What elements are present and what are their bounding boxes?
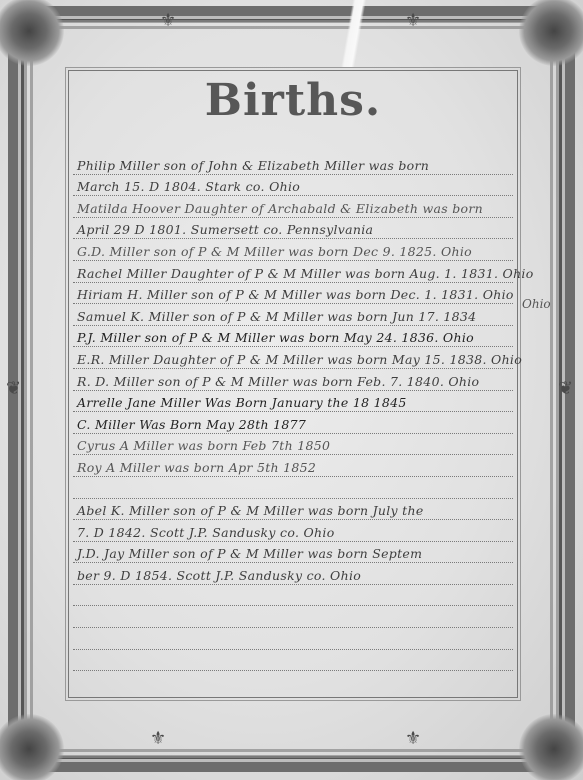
entry-text: April 29 D 1801. Sumersett co. Pennsylva… — [77, 222, 373, 237]
register-line: R. D. Miller son of P & M Miller was bor… — [73, 369, 513, 391]
register-line: Abel K. Miller son of P & M Miller was b… — [73, 499, 513, 521]
entry-text: R. D. Miller son of P & M Miller was bor… — [77, 374, 479, 389]
entry-text: C. Miller Was Born May 28th 1877 — [77, 417, 306, 432]
register-line: C. Miller Was Born May 28th 1877 — [73, 412, 513, 434]
entry-text: Rachel Miller Daughter of P & M Miller w… — [77, 266, 534, 281]
register-line: Cyrus A Miller was born Feb 7th 1850 — [73, 434, 513, 456]
entry-text: Roy A Miller was born Apr 5th 1852 — [77, 460, 316, 475]
fleur-ornament-icon: ⚜ — [405, 730, 421, 748]
register-line: Roy A Miller was born Apr 5th 1852 — [73, 455, 513, 477]
side-ornament-icon: ❦ — [6, 380, 21, 398]
entry-text: E.R. Miller Daughter of P & M Miller was… — [77, 352, 522, 367]
register-line: Arrelle Jane Miller Was Born January the… — [73, 391, 513, 413]
register-line — [73, 650, 513, 672]
register-line: Rachel Miller Daughter of P & M Miller w… — [73, 261, 513, 283]
entry-text: G.D. Miller son of P & M Miller was born… — [77, 244, 472, 259]
margin-overflow-text: Ohio — [522, 297, 551, 311]
entry-text: Matilda Hoover Daughter of Archabald & E… — [77, 201, 483, 216]
entry-text: Philip Miller son of John & Elizabeth Mi… — [77, 158, 429, 173]
register-line: 7. D 1842. Scott J.P. Sandusky co. Ohio — [73, 520, 513, 542]
entry-text: ber 9. D 1854. Scott J.P. Sandusky co. O… — [77, 568, 361, 583]
side-ornament-icon: ❦ — [558, 380, 573, 398]
register-line: E.R. Miller Daughter of P & M Miller was… — [73, 347, 513, 369]
register-line: April 29 D 1801. Sumersett co. Pennsylva… — [73, 218, 513, 240]
fleur-ornament-icon: ⚜ — [405, 12, 421, 30]
ruled-register-area: Births. Philip Miller son of John & Eliz… — [68, 70, 518, 698]
register-line: Philip Miller son of John & Elizabeth Mi… — [73, 153, 513, 175]
entry-text: Hiriam H. Miller son of P & M Miller was… — [77, 287, 514, 302]
entry-text: J.D. Jay Miller son of P & M Miller was … — [77, 546, 422, 561]
entry-text: Abel K. Miller son of P & M Miller was b… — [77, 503, 424, 518]
register-line — [73, 606, 513, 628]
corner-ornament-icon — [519, 714, 583, 780]
entry-text: March 15. D 1804. Stark co. Ohio — [77, 179, 300, 194]
entry-text: Cyrus A Miller was born Feb 7th 1850 — [77, 438, 330, 453]
register-line — [73, 628, 513, 650]
register-line: Hiriam H. Miller son of P & M Miller was… — [73, 283, 513, 305]
fleur-ornament-icon: ⚜ — [160, 12, 176, 30]
register-line: G.D. Miller son of P & M Miller was born… — [73, 239, 513, 261]
page-title: Births. — [69, 75, 517, 126]
entry-lines: Philip Miller son of John & Elizabeth Mi… — [73, 153, 513, 671]
register-line: J.D. Jay Miller son of P & M Miller was … — [73, 542, 513, 564]
register-line — [73, 477, 513, 499]
entry-text: P.J. Miller son of P & M Miller was born… — [77, 330, 474, 345]
entry-text: Samuel K. Miller son of P & M Miller was… — [77, 309, 476, 324]
paper-tear — [332, 0, 372, 68]
register-line: Samuel K. Miller son of P & M Miller was… — [73, 304, 513, 326]
register-line: ber 9. D 1854. Scott J.P. Sandusky co. O… — [73, 563, 513, 585]
register-line — [73, 585, 513, 607]
register-line: P.J. Miller son of P & M Miller was born… — [73, 326, 513, 348]
entry-text: 7. D 1842. Scott J.P. Sandusky co. Ohio — [77, 525, 335, 540]
register-line: March 15. D 1804. Stark co. Ohio — [73, 175, 513, 197]
entry-text: Arrelle Jane Miller Was Born January the… — [77, 395, 407, 410]
fleur-ornament-icon: ⚜ — [150, 730, 166, 748]
bible-births-page: ⚜ ⚜ ⚜ ⚜ ❦ ❦ Births. Philip Miller son of… — [0, 0, 583, 780]
register-line: Matilda Hoover Daughter of Archabald & E… — [73, 196, 513, 218]
